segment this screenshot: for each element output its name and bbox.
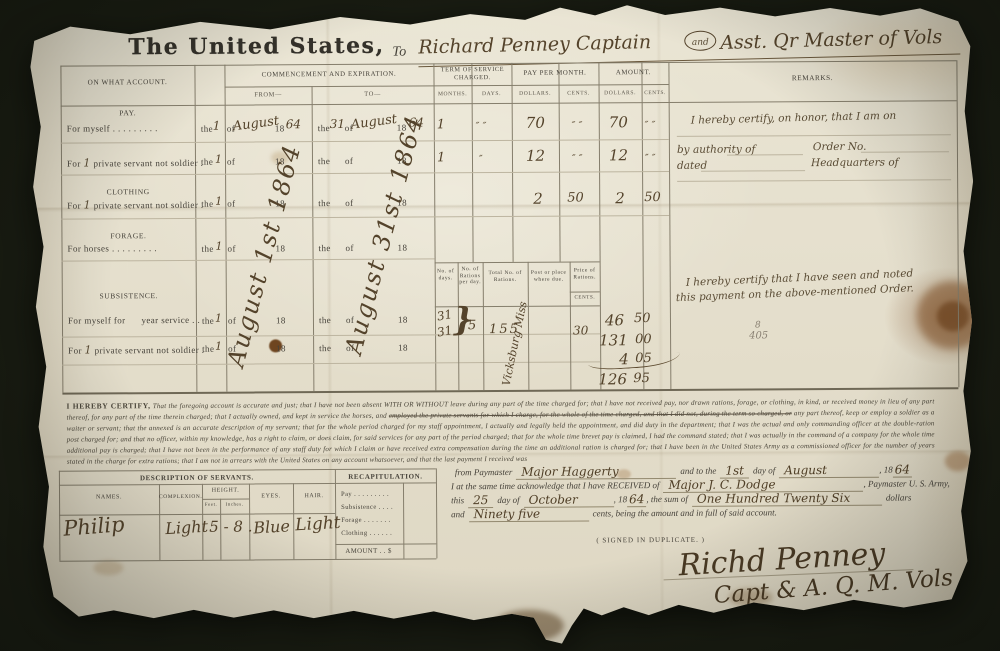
stain <box>917 281 987 349</box>
grid-line <box>668 62 671 389</box>
row-label-myself: For myself . . . . . . . . . <box>67 123 158 134</box>
amount-dollars-value: 2 <box>615 189 625 207</box>
months-value: 1 <box>437 117 445 132</box>
subsistence-amount-2-cents: 00 <box>635 332 652 347</box>
to-of: of <box>345 156 353 166</box>
servants-table-title: DESCRIPTION OF SERVANTS. <box>59 473 335 483</box>
to-day-hw: 31 <box>330 117 345 131</box>
subsistence-total-cents: 95 <box>633 371 650 386</box>
dollars-label: dollars <box>886 492 912 502</box>
remarks-rule <box>677 179 951 182</box>
total-separator-flourish <box>588 353 681 371</box>
col-height: HEIGHT. <box>202 488 249 494</box>
row-label-servant-clothing: For 1 private servant not soldier . <box>67 198 203 212</box>
to-y18: 18 <box>398 315 408 325</box>
grid-line <box>335 543 436 545</box>
row-label-myself-subsistence: For myself for year service . . <box>68 315 200 326</box>
servant-count-hw: 1 <box>84 343 91 356</box>
recap-subsistence: Subsistence . . . . <box>341 504 393 511</box>
stain <box>93 560 123 575</box>
from-y18: 18 <box>275 123 285 133</box>
from-day-hw: 1 <box>215 240 222 253</box>
recap-forage: Forage . . . . . . . <box>341 517 390 524</box>
days-ditto: ″ ″ <box>476 121 487 132</box>
to-of: of <box>345 243 353 253</box>
grid-line <box>956 60 959 387</box>
amount-dollars-value: 12 <box>609 146 628 164</box>
signed-in-duplicate-label: ( SIGNED IN DUPLICATE. ) <box>596 536 705 545</box>
days-value-1: 31 <box>436 307 454 324</box>
payee-title-handwriting: Asst. Qr Master of Vols <box>720 26 942 54</box>
post-where-due-hw: Vicksburg Miss <box>500 300 530 387</box>
header-to: TO— <box>312 90 434 98</box>
pencil-note-1: 8 <box>755 320 761 330</box>
grid-line <box>225 84 669 88</box>
certify-struck-text: employed the private servants for which … <box>389 409 792 419</box>
grid-line <box>202 499 249 500</box>
grid-line <box>312 86 315 391</box>
label-text: private servant not soldier . <box>93 158 203 169</box>
from-the: the <box>202 316 214 326</box>
from-the: the <box>201 124 213 134</box>
servant-count-hw: 1 <box>84 198 91 211</box>
from-of: of <box>227 244 235 254</box>
label-text: year service . . <box>141 315 200 325</box>
grid-line <box>59 482 436 485</box>
from-y18: 18 <box>276 343 286 353</box>
section-forage: FORAGE. <box>61 231 195 241</box>
remarks-headquarters: Headquarters of <box>811 157 899 170</box>
label-pre: For <box>67 159 81 169</box>
to-the: the <box>318 156 330 166</box>
pay-dollars-value: 12 <box>526 147 545 165</box>
from-month-hw: August <box>232 114 280 135</box>
to-of: of <box>345 198 353 208</box>
rations-per-day-value: 5 <box>468 318 476 333</box>
fold-crease <box>325 5 334 647</box>
section-clothing: CLOTHING <box>61 187 195 197</box>
cents-words-hw: Ninety five <box>469 506 589 522</box>
servant-count-hw: 1 <box>83 156 90 169</box>
months-value: 1 <box>437 150 445 165</box>
subsistence-total-dollars: 126 <box>598 370 627 388</box>
stain <box>937 301 969 331</box>
grid-line <box>433 63 436 390</box>
recap-pay: Pay . . . . . . . . . <box>341 491 389 498</box>
label-text: private servant not soldier . <box>94 200 204 211</box>
from-year-hw: 64 <box>286 117 301 131</box>
amount-cents-ditto: ″ ″ <box>645 153 656 164</box>
col-names: NAMES. <box>59 494 159 501</box>
from-day-hw: 1 <box>215 340 222 353</box>
subsistence-amount-1-cents: 50 <box>634 311 651 326</box>
header-days: DAYS. <box>472 91 512 97</box>
header-remarks: REMARKS. <box>668 73 956 83</box>
pay-cents-ditto: ″ ″ <box>572 153 583 164</box>
to-the: the <box>319 315 331 325</box>
to-month-hw: August <box>350 112 398 133</box>
col-inches: Inches. <box>220 503 249 508</box>
recap-clothing: Clothing . . . . . . <box>341 530 392 537</box>
label-text: private servant not soldier . <box>95 345 205 356</box>
remarks-order-no: Order No. <box>813 141 867 153</box>
paper-shadow-wrap: The United States, To Richard Penney Cap… <box>0 0 1000 651</box>
grid-line <box>435 261 600 263</box>
subheader-days: No. of days. <box>434 268 458 281</box>
days-value-2: 31 <box>436 323 454 340</box>
header-on-what-account: ON WHAT ACCOUNT. <box>60 78 194 87</box>
from-the: the <box>201 199 213 209</box>
header-amount: AMOUNT. <box>598 69 668 76</box>
to-y18: 18 <box>397 243 407 253</box>
and-label: and <box>451 509 465 519</box>
to-the: the <box>318 243 330 253</box>
header-months: MONTHS. <box>434 91 472 97</box>
subheader-rations-per-day: No. of Rations per day. <box>458 266 483 286</box>
from-of: of <box>227 157 235 167</box>
from-the: the <box>202 344 214 354</box>
amount-dollars-value: 70 <box>609 113 628 131</box>
pay-dollars-value: 70 <box>526 114 545 132</box>
grid-line <box>59 468 436 471</box>
grid-line <box>570 291 600 292</box>
header-from: FROM— <box>225 91 312 99</box>
from-day-hw: 1 <box>213 119 221 133</box>
grid-line <box>436 468 438 558</box>
subheader-total-rations: Total No. of Rations. <box>483 270 528 283</box>
remarks-rule <box>727 154 803 155</box>
subsistence-amount-1-dollars: 46 <box>605 311 624 329</box>
servant-hair-hw: Light <box>295 513 341 536</box>
photo-background: The United States, To Richard Penney Cap… <box>0 0 1000 651</box>
cents-tail-label: cents, being the amount and in full of s… <box>593 507 777 518</box>
servant-eyes-hw: Blue <box>253 516 291 537</box>
header-amount-dollars: DOLLARS. <box>599 90 642 96</box>
label-pre: For <box>67 201 81 211</box>
section-subsistence: SUBSISTENCE. <box>62 291 196 301</box>
fold-crease <box>656 3 665 645</box>
col-complexion: COMPLEXION. <box>159 494 202 500</box>
to-the: the <box>318 123 330 133</box>
remarks-rule <box>701 170 805 172</box>
row-rule <box>61 171 669 176</box>
circled-word: and <box>684 31 716 51</box>
from-of: of <box>227 199 235 209</box>
header-pay-dollars: DOLLARS. <box>512 91 559 97</box>
grid-line <box>403 483 404 559</box>
remarks-rule <box>677 134 951 137</box>
pencil-note-2: 405 <box>749 330 768 341</box>
row-label-servant-subsistence: For 1 private servant not soldier . <box>68 343 204 357</box>
servant-name-hw: Philip <box>62 512 125 541</box>
amount-cents-ditto: ″ ″ <box>645 120 656 131</box>
header-pay-per-month: PAY PER MONTH. <box>511 69 598 77</box>
certify-lead: I HEREBY CERTIFY, <box>66 401 150 411</box>
from-day-hw: 1 <box>215 195 222 208</box>
servant-height-hw: 5 - 8 . <box>209 518 252 536</box>
servant-complexion-hw: Light <box>165 517 209 538</box>
header-commencement: COMMENCEMENT AND EXPIRATION. <box>224 70 433 78</box>
subheader-price: Price of Rations. <box>570 267 600 280</box>
to-the: the <box>318 198 330 208</box>
remarks-rule <box>861 151 949 153</box>
col-eyes: EYES. <box>249 493 293 499</box>
row-rule <box>61 139 669 144</box>
from-the: the <box>201 157 213 167</box>
payee-name-handwriting: Richard Penney Captain <box>418 31 651 58</box>
recap-title: RECAPITULATION. <box>335 472 436 481</box>
header-pay-cents: CENTS. <box>559 90 599 96</box>
pay-cents-ditto: ″ ″ <box>572 120 583 131</box>
from-the: the <box>201 244 213 254</box>
to-y18: 18 <box>398 343 408 353</box>
certify-paragraph: I HEREBY CERTIFY, That the foregoing acc… <box>66 395 934 467</box>
grid-line <box>59 558 436 561</box>
days-ditto: ″ <box>479 154 483 165</box>
row-label-servant-pay: For 1 private servant not soldier . <box>67 156 203 170</box>
stain <box>494 610 564 642</box>
remarks-certify-1: I hereby certify, on honor, that I am on <box>691 110 897 127</box>
from-day-hw: 1 <box>215 153 222 166</box>
col-feet: Feet. <box>202 503 220 508</box>
circled-word-text: and <box>692 38 709 48</box>
subheader-price-cents: CENTS. <box>570 295 600 300</box>
subsistence-amount-2-dollars: 131 <box>599 331 628 349</box>
document-title: The United States, <box>128 33 384 61</box>
recap-amount: AMOUNT . . $ <box>345 548 391 555</box>
price-of-rations-value: 30 <box>573 323 588 337</box>
subheader-post: Post or place where due. <box>528 270 570 283</box>
payment-line-4: and Ninety five cents, being the amount … <box>451 502 777 522</box>
grid-line <box>570 262 572 390</box>
row-rule <box>61 215 669 220</box>
amount-cents-value: 50 <box>644 190 661 205</box>
from-y18: 18 <box>276 315 286 325</box>
section-pay: PAY. <box>61 108 195 118</box>
row-label-horses: For horses . . . . . . . . . <box>67 243 157 254</box>
header-amount-cents: CENTS. <box>642 90 669 96</box>
col-hair: HAIR. <box>293 493 335 499</box>
pay-dollars-value: 2 <box>533 190 543 208</box>
label-pre: For <box>68 346 82 356</box>
from-day-hw: 1 <box>215 312 222 325</box>
document-paper: The United States, To Richard Penney Cap… <box>20 1 980 649</box>
pay-cents-value: 50 <box>567 190 584 205</box>
header-term-of-service: TERM OF SERVICE CHARGED. <box>433 66 511 82</box>
to-label: To <box>392 45 406 61</box>
to-the: the <box>319 343 331 353</box>
label-pre: For myself for <box>68 315 126 325</box>
